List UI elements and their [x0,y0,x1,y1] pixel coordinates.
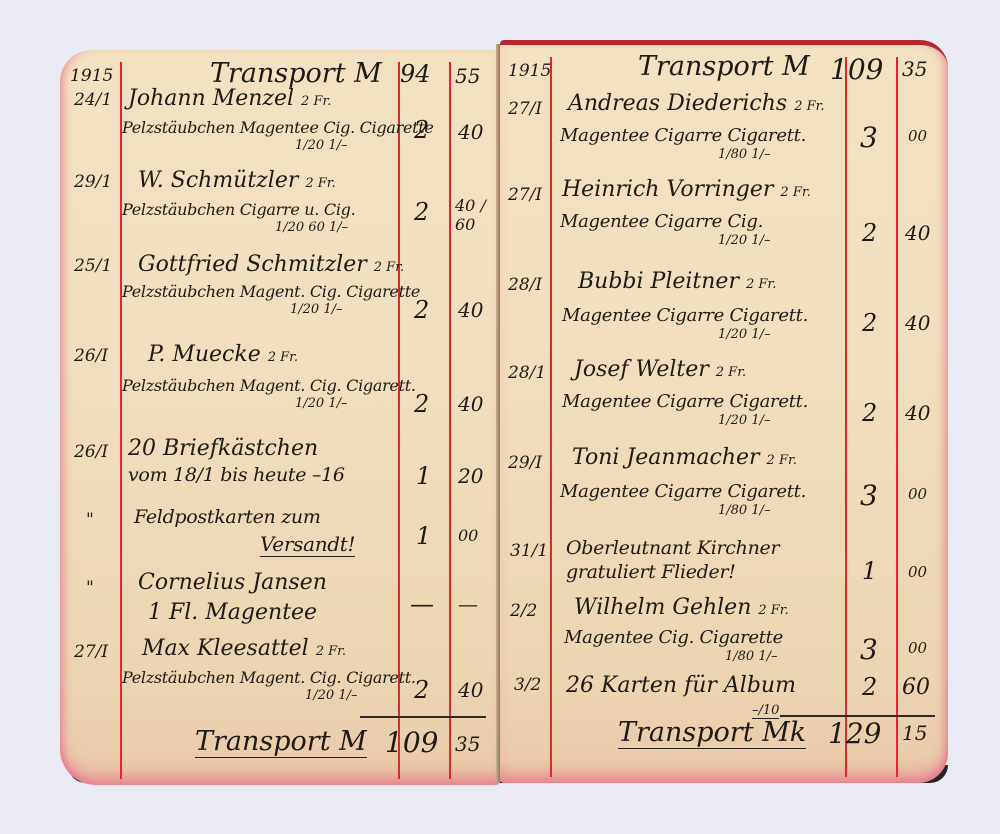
entry-name: Heinrich Vorringer 2 Fr. [562,177,811,202]
entry-marks: 2 [414,296,429,324]
entry-name: 20 Briefkästchen [128,436,318,461]
entry-date: 25/1 [74,256,112,276]
entry-sub-prices: 1/20 1/– [718,327,770,342]
entry-marks: 3 [860,479,878,512]
entry-date: 27/I [508,99,542,119]
entry-name: Oberleutnant Kirchner [566,537,779,559]
entry-items: Pelzstäubchen Magent. Cig. Cigarett. [122,668,416,687]
entry-sub-prices: 1/80 1/– [725,649,777,664]
entry-name: Johann Menzel 2 Fr. [128,86,331,111]
entry-date: 2/2 [510,601,537,621]
entry-marks: 2 [862,219,877,247]
entry-name: Cornelius Jansen [138,570,327,595]
entry-pfennig: — [458,592,478,616]
entry-pfennig: 60 [902,675,930,700]
entry-pfennig: 00 [908,485,927,503]
right-page: 1915 Transport M 109 35 27/I Andreas Die… [500,40,948,783]
entry-date: 28/I [508,275,542,295]
entry-date: 29/1 [74,172,112,192]
entry-items: Pelzstäubchen Magent. Cig. Cigarett. [122,376,416,395]
carry-in-label: Transport M [638,51,810,82]
open-ledger-book: 1915 Transport M 94 55 24/1 Johann Menze… [60,40,948,785]
entry-pfennig: 40 [905,311,930,335]
entry-items: Magentee Cigarre Cigarett. [562,391,808,412]
pfennig-column-rule [896,57,898,777]
sum-rule [360,716,486,718]
carry-in-marks: 109 [830,53,883,86]
entry-items: Magentee Cigarre Cigarett. [562,305,808,326]
entry-date: 3/2 [514,675,541,695]
entry-detail: Versandt! [260,532,355,557]
carry-out-marks: 109 [385,726,438,759]
entry-marks: 3 [860,633,878,666]
entry-items: Magentee Cigarre Cigarett. [560,125,806,146]
carry-in-pfennig: 55 [455,64,480,88]
entry-marks: 2 [862,399,877,427]
entry-pfennig: 40 [458,392,483,416]
entry-sub-prices: 1/20 1/– [295,138,347,153]
entry-detail: vom 18/1 bis heute –16 [128,464,345,486]
entry-marks: 2 [862,309,877,337]
entry-items: Pelzstäubchen Cigarre u. Cig. [122,200,355,219]
entry-sub-prices: 1/20 1/– [290,302,342,317]
entry-pfennig: 40 [458,298,483,322]
entry-name: Max Kleesattel 2 Fr. [142,636,346,661]
entry-marks: 1 [416,522,431,550]
entry-marks: 1 [862,557,877,585]
entry-date: 27/I [74,642,108,662]
entry-date: " [86,510,94,530]
entry-items: Magentee Cigarre Cigarett. [560,481,806,502]
entry-pfennig: 00 [908,563,927,581]
entry-pfennig: 00 [908,639,927,657]
year-label: 1915 [70,66,113,86]
entry-marks: 2 [414,390,429,418]
entry-pfennig: 40 / 60 [455,196,500,234]
entry-name: Andreas Diederichs 2 Fr. [568,91,825,116]
entry-name: Wilhelm Gehlen 2 Fr. [574,595,789,620]
year-label: 1915 [508,61,551,81]
entry-pfennig: 40 [905,401,930,425]
entry-name: 26 Karten für Album [566,673,796,698]
entry-pfennig: 40 [458,678,483,702]
entry-sub-prices: 1/80 1/– [718,147,770,162]
carry-out-label: Transport M [195,726,367,758]
entry-date: 28/1 [508,363,546,383]
entry-name: Josef Welter 2 Fr. [574,357,746,382]
entry-detail: 1 Fl. Magentee [148,600,317,625]
entry-items: Pelzstäubchen Magent. Cig. Cigarette [122,282,420,301]
pfennig-column-rule [449,62,451,779]
marks-column-rule [845,57,847,777]
entry-date: 31/1 [510,541,548,561]
carry-out-pfennig: 35 [455,732,480,756]
entry-marks: — [410,590,434,618]
entry-marks: 2 [414,676,429,704]
entry-date: 26/I [74,346,108,366]
entry-sub-prices: 1/20 1/– [718,413,770,428]
entry-name: P. Muecke 2 Fr. [148,342,298,367]
entry-items: Magentee Cig. Cigarette [564,627,783,648]
entry-pfennig: 00 [908,127,927,145]
entry-sub-prices: 1/20 60 1/– [275,220,348,235]
carry-out-marks: 129 [828,717,881,750]
carry-in-pfennig: 35 [902,57,927,81]
entry-sub-prices: 1/80 1/– [718,503,770,518]
entry-name: Toni Jeanmacher 2 Fr. [572,445,797,470]
entry-date: 29/I [508,453,542,473]
entry-marks: 1 [416,462,431,490]
entry-date: " [86,578,94,598]
entry-sub-prices: 1/20 1/– [718,233,770,248]
entry-items: Magentee Cigarre Cig. [560,211,763,232]
entry-date: 26/I [74,442,108,462]
entry-items: Pelzstäubchen Magentee Cig. Cigarette [122,118,434,137]
entry-marks: 2 [862,673,877,701]
entry-pfennig: 20 [458,464,483,488]
entry-name: Feldpostkarten zum [134,506,321,528]
entry-sub-prices: 1/20 1/– [305,688,357,703]
entry-date: 24/1 [74,90,112,110]
entry-name: W. Schmützler 2 Fr. [138,168,336,193]
entry-pfennig: 40 [458,120,483,144]
entry-pfennig: 00 [458,526,478,545]
entry-marks: 3 [860,121,878,154]
carry-in-label: Transport M [210,58,382,89]
entry-name: Bubbi Pleitner 2 Fr. [578,269,776,294]
entry-sub-prices: 1/20 1/– [295,396,347,411]
carry-out-label: Transport Mk [618,717,806,749]
entry-detail: gratuliert Flieder! [566,561,736,583]
entry-pfennig: 40 [905,221,930,245]
entry-marks: 2 [414,198,429,226]
entry-date: 27/I [508,185,542,205]
carry-out-pfennig: 15 [902,721,927,745]
entry-marks: 2 [414,116,429,144]
carry-in-marks: 94 [400,60,431,88]
entry-name: Gottfried Schmitzler 2 Fr. [138,252,404,277]
date-column-rule [550,57,552,777]
left-page: 1915 Transport M 94 55 24/1 Johann Menze… [60,50,500,785]
